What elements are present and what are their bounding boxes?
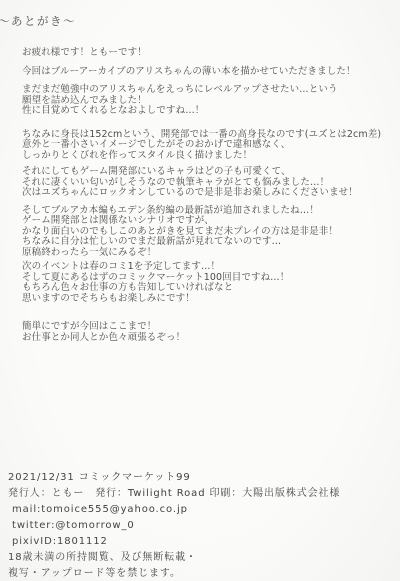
afterword-line: ちなみに自分は忙しいのでまだ最新話が見れてないのです… <box>22 237 381 248</box>
colophon-pixiv: pixivID:1801112 <box>12 534 340 550</box>
afterword-line: お疲れ様です！ともーです！ <box>22 48 381 59</box>
colophon-publisher: 発行人：ともー 発行：Twilight Road 印刷：大陽出版株式会社様 <box>8 486 340 502</box>
afterword-title: ～あとがき～ <box>0 13 76 29</box>
afterword-line: まだまだ勉強中のアリスちゃんをえっちにレベルアップさせたい…という <box>22 85 381 96</box>
colophon-event-date: 2021/12/31 コミックマーケット99 <box>8 470 340 486</box>
afterword-line: もちろん色々お仕事の方も告知していければなと <box>22 283 381 294</box>
afterword-line: 次はユズちゃんにロックオンしているので是非是非お楽しみにくださいませ！ <box>22 188 381 199</box>
afterword-line: 今回はブルーアーカイブのアリスちゃんの薄い本を描かせていただきました！ <box>22 67 381 78</box>
afterword-line: 性に目覚めてくれるとなおよしですね…！ <box>22 106 381 117</box>
colophon: 2021/12/31 コミックマーケット99 発行人：ともー 発行：Twilig… <box>8 470 340 581</box>
afterword-line: お仕事とか同人とか色々頑張るぞっ！ <box>22 333 381 344</box>
afterword-line: 思いますのでそちらもお楽しみにです！ <box>22 294 381 305</box>
afterword-line: 次のイベントは春のコミ1を予定してます…！ <box>22 262 381 273</box>
afterword-line: ゲーム開発部とは関係ないシナリオですが、 <box>22 216 381 227</box>
colophon-twitter: twitter:@tomorrow_0 <box>12 518 340 534</box>
afterword-line: 原稿終わったら一気にみるぞ！ <box>22 248 381 259</box>
paragraph-story: そしてブルアカ本編もエデン条約編の最新話が追加されましたね…！ ゲーム開発部とは… <box>22 206 381 259</box>
colophon-mail: mail:tomoice555@yahoo.co.jp <box>12 502 340 518</box>
colophon-notice-line: 18歳未満の所持閲覧、及び無断転載・ <box>8 550 340 566</box>
paragraph-height: ちなみに身長は152cmという、開発部では一番の高身長なのです(ユズとは2cm差… <box>22 130 381 162</box>
afterword-page: ～あとがき～ お疲れ様です！ともーです！ 今回はブルーアーカイブのアリスちゃんの… <box>0 0 400 581</box>
colophon-notice-line: 複写・アップロード等を禁じます。 <box>8 566 340 581</box>
paragraph-closing: 簡単にですが今回はここまで！ お仕事とか同人とか色々頑張るぞっ！ <box>22 322 381 343</box>
afterword-body: お疲れ様です！ともーです！ 今回はブルーアーカイブのアリスちゃんの薄い本を描かせ… <box>22 48 381 343</box>
afterword-line: 意外と一番小さいイメージでしたがそのおかげで違和感なく、 <box>22 140 381 151</box>
afterword-line: 簡単にですが今回はここまで！ <box>22 322 381 333</box>
afterword-line: それにしてもゲーム開発部にいるキャラはどの子も可愛くて、 <box>22 167 381 178</box>
afterword-line: しっかりとくびれを作ってスタイル良く描けました！ <box>22 151 381 162</box>
paragraph-events: 次のイベントは春のコミ1を予定してます…！ そして夏にあるはずのコミックマーケッ… <box>22 262 381 304</box>
paragraph-devclub: それにしてもゲーム開発部にいるキャラはどの子も可愛くて、 それに凄くいい匂いがし… <box>22 167 381 199</box>
paragraph-intro: お疲れ様です！ともーです！ 今回はブルーアーカイブのアリスちゃんの薄い本を描かせ… <box>22 48 381 117</box>
